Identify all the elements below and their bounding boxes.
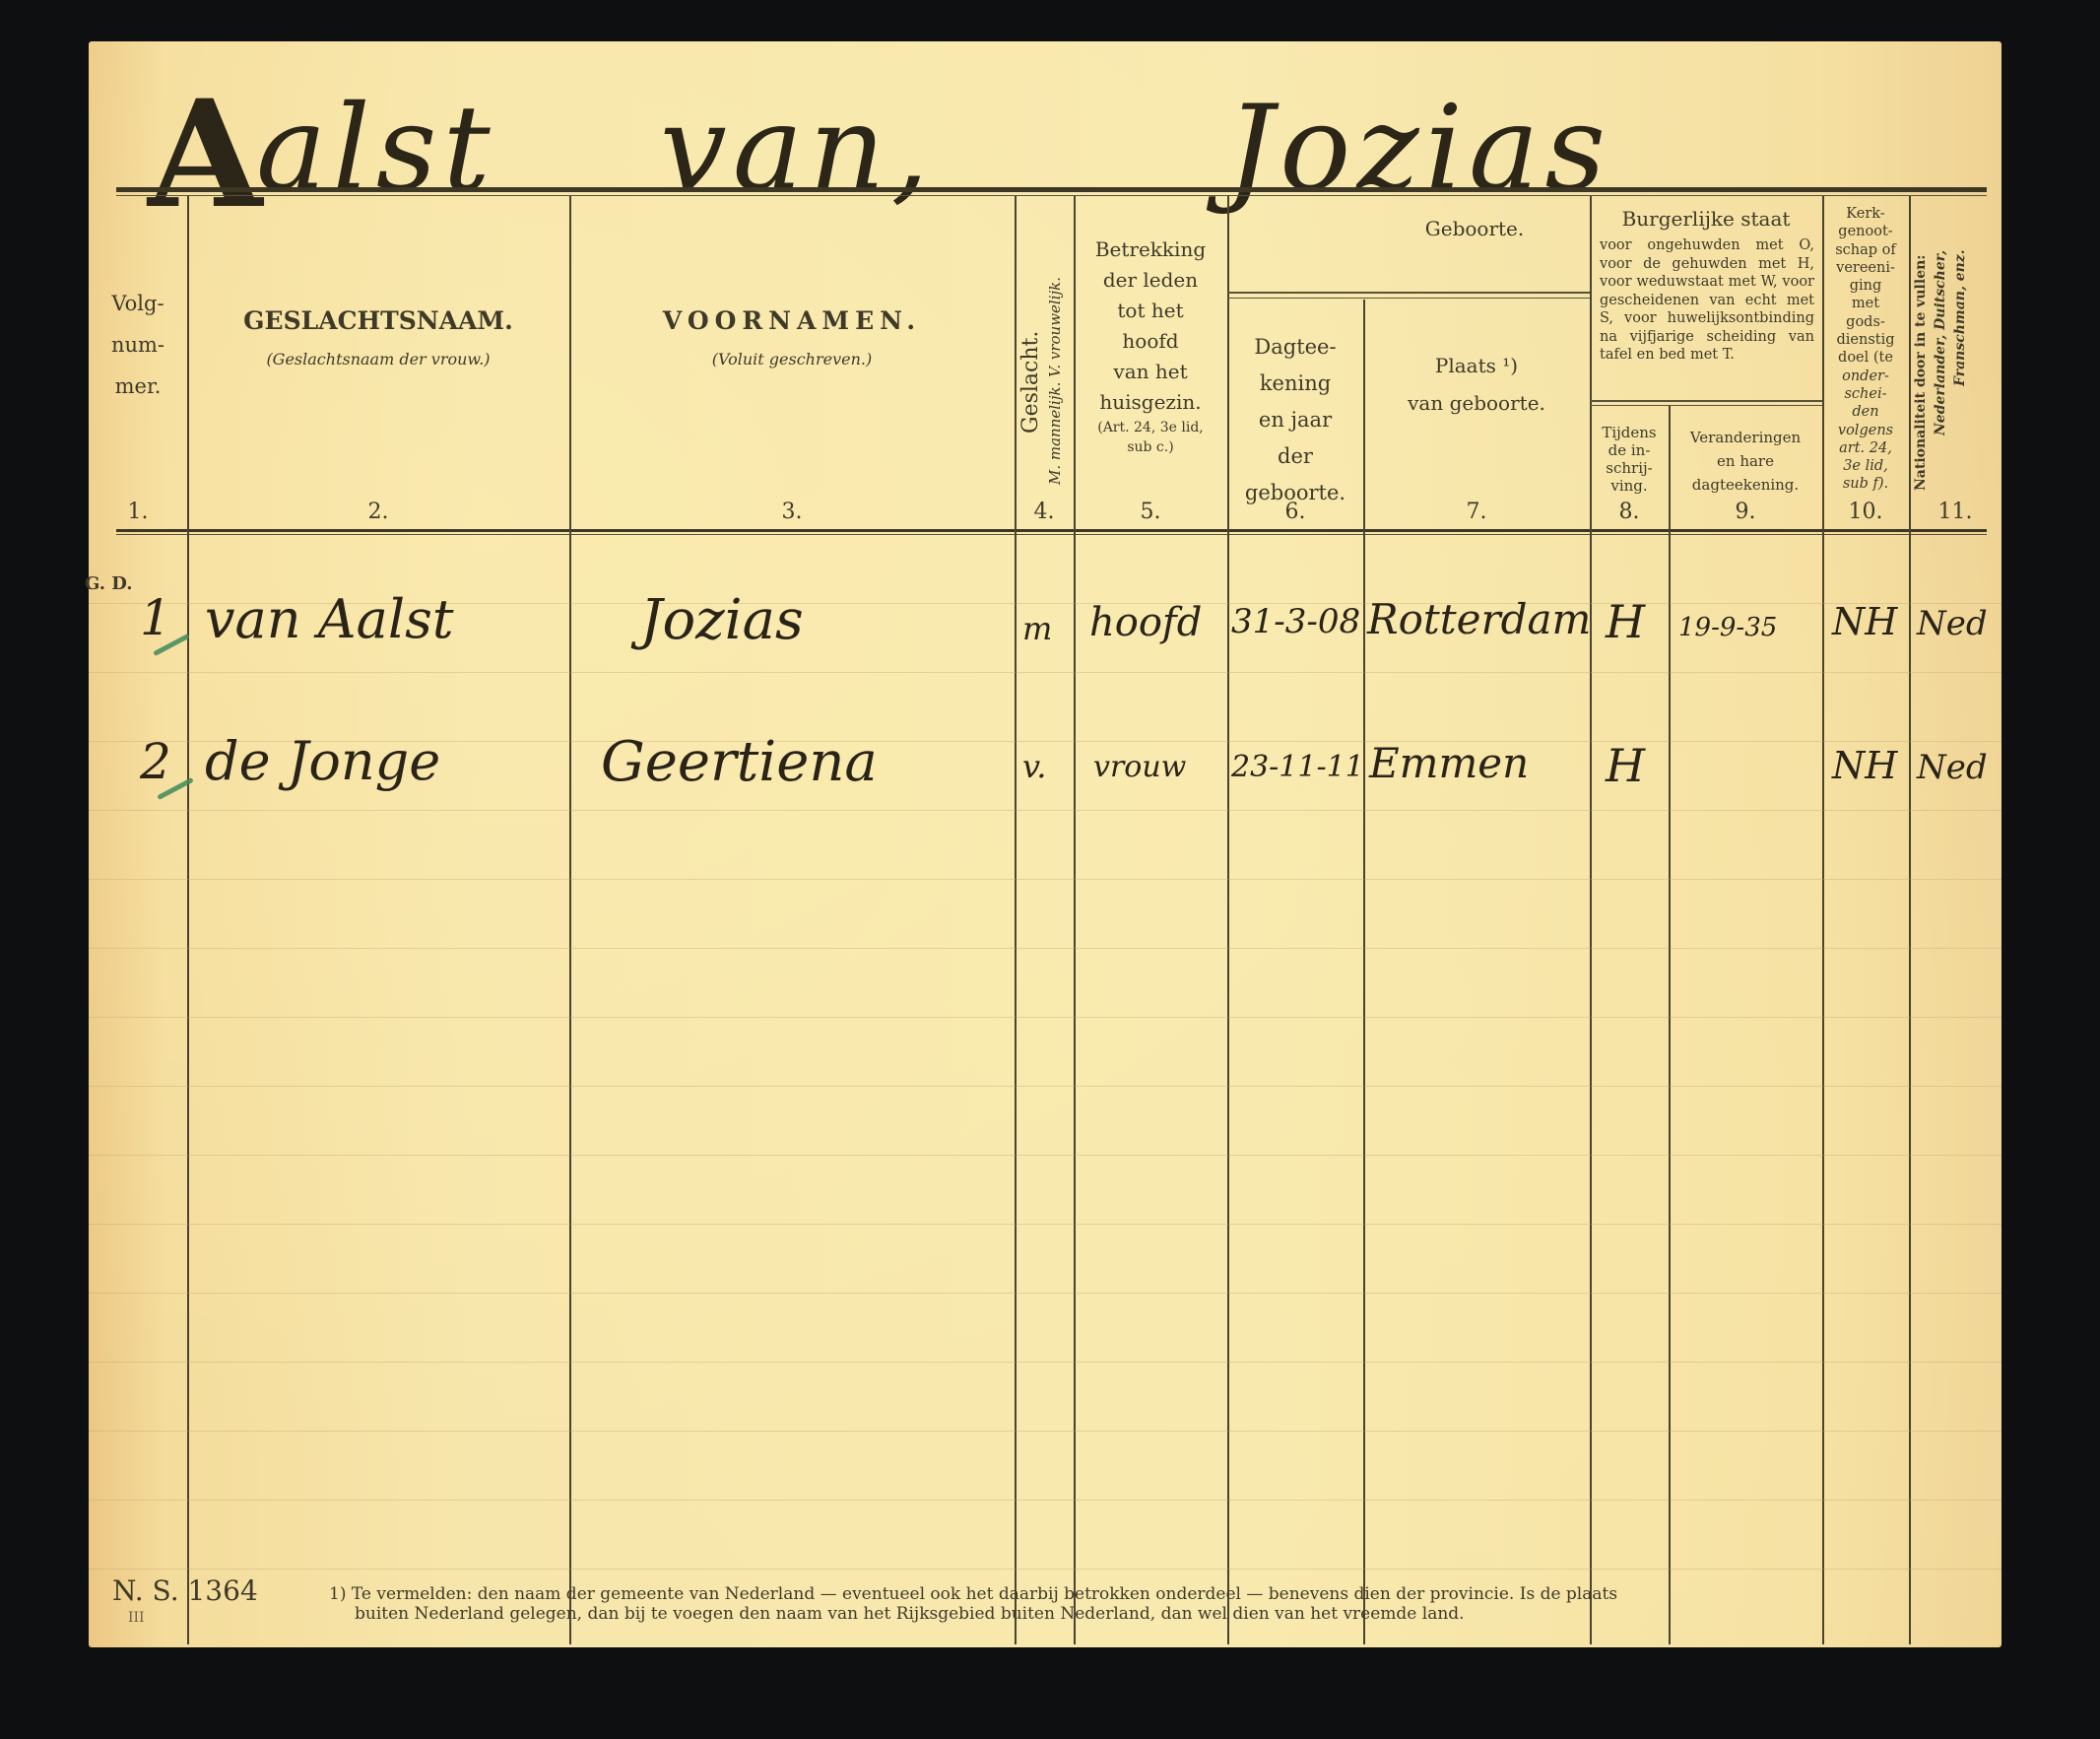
column-number: 9. — [1669, 500, 1822, 524]
header-voornamen: VOORNAMEN. (Voluit geschreven.) — [569, 305, 1015, 369]
ruled-line — [89, 810, 2002, 811]
cell-geslachtsnaam: van Aalst — [205, 593, 454, 646]
ruled-line — [89, 1362, 2002, 1363]
header-text: Volg- — [98, 283, 177, 324]
ruled-line — [89, 1431, 2002, 1432]
col-divider-7 — [1590, 196, 1592, 1644]
header-betrekking: Betrekking der leden tot het hoofd van h… — [1074, 234, 1227, 457]
header-text: en jaar — [1227, 402, 1363, 438]
title-surname: alst — [256, 91, 496, 229]
header-text: mer. — [98, 366, 177, 407]
header-burgerlijke-description: voor ongehuwden met O, voor de gehuwden … — [1600, 236, 1814, 365]
header-text: van het — [1074, 357, 1227, 387]
header-burgerlijke-staat: Burgerlijke staat — [1596, 207, 1816, 232]
header-text: en hare — [1669, 449, 1822, 473]
header-text: de in- — [1590, 441, 1669, 459]
header-nationaliteit-examples: Nederlander, Duitscher, — [1933, 250, 1948, 435]
cell-geboorteplaats: Rotterdam — [1367, 599, 1591, 640]
header-text: van geboorte. — [1363, 384, 1590, 422]
header-text: Veranderingen — [1669, 426, 1822, 449]
form-sub-number: III — [128, 1610, 145, 1626]
header-text: kening — [1227, 366, 1363, 402]
header-title: GESLACHTSNAAM. — [187, 305, 569, 336]
cell-geboortedatum: 23-11-11 — [1231, 753, 1364, 782]
footnote-line-1: 1) Te vermelden: den naam der gemeente v… — [329, 1584, 1617, 1604]
ruled-line — [89, 879, 2002, 880]
header-geslacht: Geslacht. — [1018, 331, 1043, 434]
cell-geboortedatum: 31-3-08 — [1231, 605, 1360, 638]
col-divider-10 — [1909, 196, 1911, 1644]
header-nationaliteit: Nationaliteit door in te vullen: — [1913, 255, 1929, 491]
header-text: art. 24, — [1822, 439, 1909, 457]
cell-betrekking: vrouw — [1093, 753, 1186, 782]
column-number: 5. — [1074, 500, 1227, 524]
col-divider-8 — [1669, 406, 1671, 1644]
cell-voornamen: Geertiena — [601, 735, 878, 790]
cell-geboorteplaats: Emmen — [1369, 743, 1529, 784]
cell-burgerlijke-staat: H — [1606, 743, 1645, 788]
header-text: Kerk- — [1822, 205, 1909, 223]
column-number: 1. — [98, 500, 177, 524]
cell-kerkgenootschap: NH — [1832, 747, 1897, 784]
header-text: schap of — [1822, 241, 1909, 259]
header-text: den — [1822, 403, 1909, 421]
header-subtitle: (Geslachtsnaam der vrouw.) — [187, 350, 569, 369]
header-text: ving. — [1590, 477, 1669, 495]
header-text: num- — [98, 324, 177, 366]
header-text: onder- — [1822, 368, 1909, 385]
cell-veranderingen: 19-9-35 — [1678, 615, 1777, 640]
col-divider-2 — [569, 196, 571, 1644]
header-tijdens: Tijdens de in- schrij- ving. — [1590, 424, 1669, 495]
margin-mark: G. D. — [85, 573, 133, 594]
col-divider-1 — [187, 196, 189, 1644]
header-text: Dagtee- — [1227, 329, 1363, 366]
header-text: schei- — [1822, 385, 1909, 403]
cell-betrekking: hoofd — [1089, 603, 1202, 642]
ruled-line — [89, 1293, 2002, 1294]
header-text: doel (te — [1822, 349, 1909, 367]
ruled-line — [89, 1569, 2002, 1570]
header-text: der leden — [1074, 265, 1227, 296]
header-subtitle: (Voluit geschreven.) — [569, 350, 1015, 369]
ruled-line — [89, 1500, 2002, 1501]
burgerlijke-rule-thin — [1590, 405, 1822, 406]
header-bottom-rule-thin — [116, 534, 1987, 535]
geboorte-rule — [1227, 292, 1590, 294]
ruled-line — [89, 1086, 2002, 1087]
header-text: gods- — [1822, 313, 1909, 331]
header-text: schrij- — [1590, 459, 1669, 477]
header-bottom-rule — [116, 529, 1987, 532]
cell-voornamen: Jozias — [640, 593, 804, 648]
column-number: 10. — [1822, 500, 1909, 524]
header-geboorte: Geboorte. — [1359, 217, 1590, 241]
cell-volgnummer: 2 — [140, 737, 171, 786]
cell-nationaliteit: Ned — [1917, 607, 1988, 640]
burgerlijke-rule — [1590, 400, 1822, 402]
header-geslachtsnaam: GESLACHTSNAAM. (Geslachtsnaam der vrouw.… — [187, 305, 569, 369]
cell-geslachtsnaam: de Jonge — [205, 735, 440, 788]
column-number: 2. — [187, 500, 569, 524]
col-divider-3 — [1015, 196, 1017, 1644]
column-number: 7. — [1363, 500, 1590, 524]
header-text: tot het — [1074, 296, 1227, 326]
header-note: (Art. 24, 3e lid, sub c.) — [1074, 418, 1227, 457]
header-text: genoot- — [1822, 223, 1909, 240]
header-text: dagteekening. — [1669, 473, 1822, 497]
ruled-line — [89, 1017, 2002, 1018]
header-text: Plaats ¹) — [1363, 347, 1590, 384]
column-number: 3. — [569, 500, 1015, 524]
header-title: VOORNAMEN. — [569, 305, 1015, 336]
cell-volgnummer: 1 — [140, 593, 171, 642]
header-text: volgens — [1822, 422, 1909, 439]
cell-geslacht: m — [1022, 613, 1052, 644]
footnote-line-2: buiten Nederland gelegen, dan bij te voe… — [355, 1604, 1465, 1624]
header-dagteekening: Dagtee- kening en jaar der geboorte. — [1227, 329, 1363, 511]
header-veranderingen: Veranderingen en hare dagteekening. — [1669, 426, 1822, 497]
header-text: Tijdens — [1590, 424, 1669, 441]
header-plaats: Plaats ¹) van geboorte. — [1363, 347, 1590, 422]
header-text: ging — [1822, 277, 1909, 295]
header-text: sub f). — [1822, 475, 1909, 493]
column-number: 11. — [1909, 500, 2002, 524]
column-number: 4. — [1015, 500, 1074, 524]
register-card: A alst van, Jozias Volg- num- mer. 1. — [89, 41, 2002, 1647]
header-text: Betrekking — [1074, 234, 1227, 265]
ruled-line — [89, 948, 2002, 949]
header-text: 3e lid, — [1822, 457, 1909, 475]
title-given-name: Jozias — [1226, 91, 1611, 229]
header-nationaliteit-examples-2: Franschman, enz. — [1952, 249, 1968, 386]
title-rule — [116, 187, 1987, 192]
cell-burgerlijke-staat: H — [1606, 599, 1645, 644]
column-number: 8. — [1590, 500, 1669, 524]
header-geslacht-legend: M. mannelijk. V. vrouwelijk. — [1046, 277, 1064, 485]
header-text: hoofd — [1074, 326, 1227, 357]
header-text: huisgezin. — [1074, 387, 1227, 418]
header-text: vereeni- — [1822, 259, 1909, 277]
cell-nationaliteit: Ned — [1917, 751, 1988, 784]
title-initial: A — [148, 81, 262, 219]
header-kerkgenootschap: Kerk- genoot- schap of vereeni- ging met… — [1822, 205, 1909, 494]
header-text: met — [1822, 295, 1909, 312]
form-number: N. S. 1364 — [112, 1574, 258, 1607]
title-rule-thin — [116, 195, 1987, 196]
ruled-line — [89, 672, 2002, 673]
column-number: 6. — [1227, 500, 1363, 524]
header-volgnummer: Volg- num- mer. — [98, 283, 177, 407]
ruled-line — [89, 1224, 2002, 1225]
ruled-line — [89, 1155, 2002, 1156]
header-text: dienstig — [1822, 331, 1909, 349]
title-prefix: van, — [660, 91, 935, 229]
cell-kerkgenootschap: NH — [1832, 603, 1897, 640]
cell-geslacht: v. — [1022, 751, 1046, 782]
header-text: der — [1227, 438, 1363, 475]
geboorte-rule-thin — [1227, 298, 1590, 299]
